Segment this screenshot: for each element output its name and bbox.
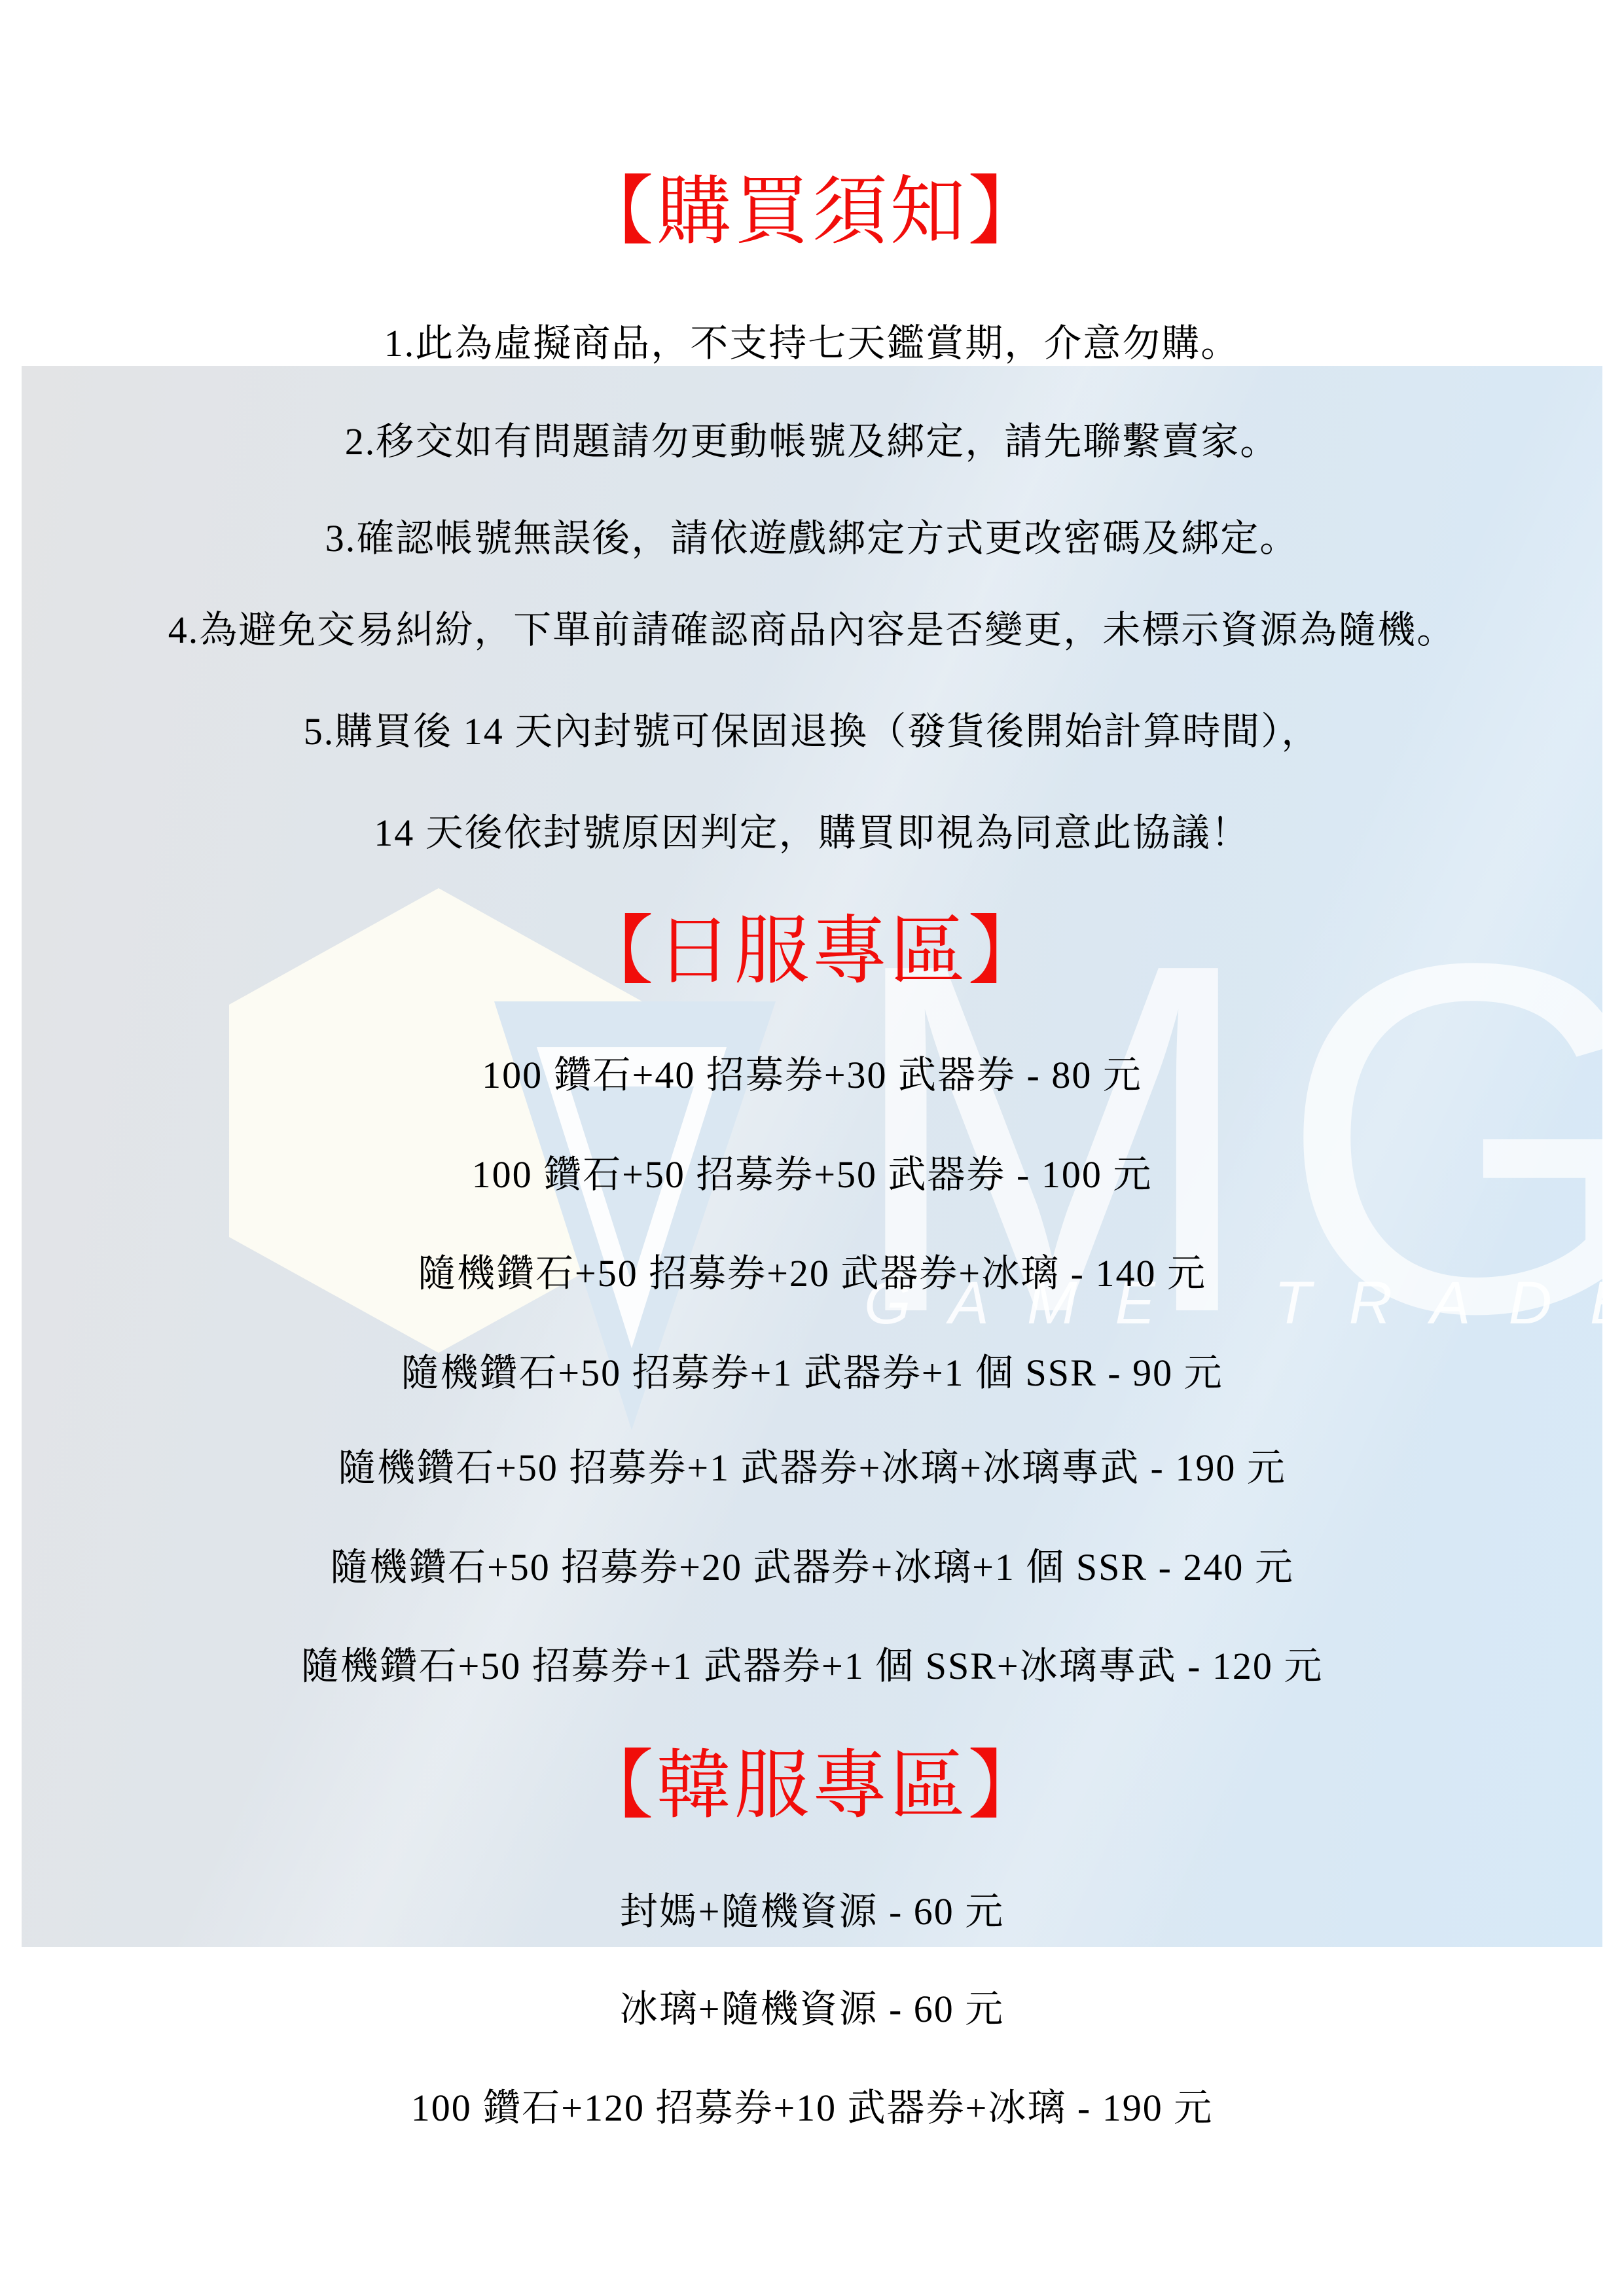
- document-page: MG GAME TRADE 【購買須知】 1.此為虛擬商品，不支持七天鑑賞期，介…: [0, 0, 1624, 2296]
- jp-price-item-4: 隨機鑽石+50 招募券+1 武器券+1 個 SSR - 90 元: [0, 1352, 1624, 1395]
- jp-price-item-7: 隨機鑽石+50 招募券+1 武器券+1 個 SSR+冰璃專武 - 120 元: [0, 1645, 1624, 1689]
- jp-price-item-3: 隨機鑽石+50 招募券+20 武器券+冰璃 - 140 元: [0, 1252, 1624, 1296]
- notice-item-3: 3.確認帳號無誤後，請依遊戲綁定方式更改密碼及綁定。: [0, 517, 1624, 561]
- kr-price-item-1: 封媽+隨機資源 - 60 元: [0, 1890, 1624, 1934]
- notice-item-2: 2.移交如有問題請勿更動帳號及綁定，請先聯繫賣家。: [0, 420, 1624, 464]
- purchase-notice-heading: 【購買須知】: [0, 167, 1624, 257]
- notice-item-4: 4.為避免交易糾紛，下單前請確認商品內容是否變更，未標示資源為隨機。: [0, 609, 1624, 653]
- jp-server-section-heading: 【日服專區】: [0, 906, 1624, 997]
- notice-item-5-continued: 14 天後依封號原因判定，購買即視為同意此協議！: [0, 812, 1624, 855]
- jp-price-item-6: 隨機鑽石+50 招募券+20 武器券+冰璃+1 個 SSR - 240 元: [0, 1546, 1624, 1590]
- kr-price-item-2: 冰璃+隨機資源 - 60 元: [0, 1988, 1624, 2032]
- notice-item-5: 5.購買後 14 天內封號可保固退換（發貨後開始計算時間），: [0, 710, 1624, 754]
- kr-server-section-heading: 【韓服專區】: [0, 1741, 1624, 1831]
- jp-price-item-5: 隨機鑽石+50 招募券+1 武器券+冰璃+冰璃專武 - 190 元: [0, 1446, 1624, 1490]
- notice-item-1: 1.此為虛擬商品，不支持七天鑑賞期，介意勿購。: [0, 322, 1624, 366]
- jp-price-item-1: 100 鑽石+40 招募券+30 武器券 - 80 元: [0, 1054, 1624, 1098]
- jp-price-item-2: 100 鑽石+50 招募券+50 武器券 - 100 元: [0, 1153, 1624, 1197]
- kr-price-item-3: 100 鑽石+120 招募券+10 武器券+冰璃 - 190 元: [0, 2087, 1624, 2130]
